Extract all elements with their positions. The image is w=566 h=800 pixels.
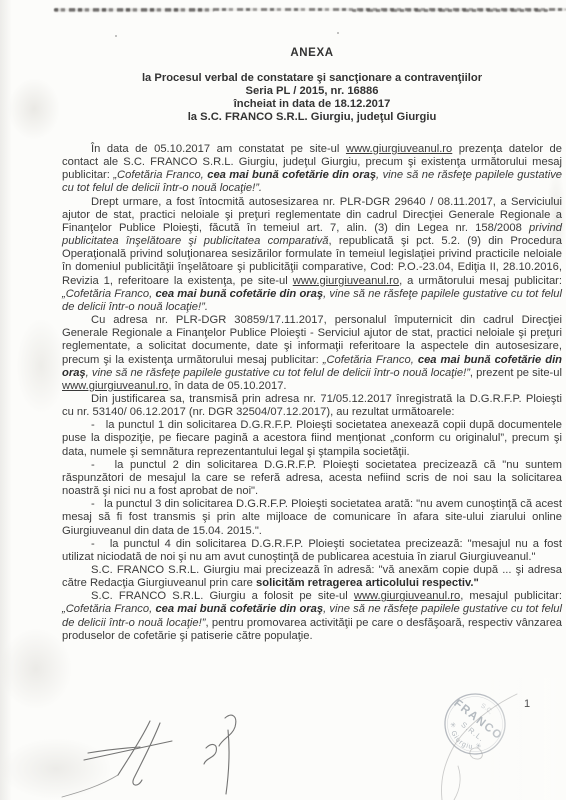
text-segment: „Cofetăria Franco, bbox=[323, 354, 418, 366]
text-segment: , mesajul publicitar: bbox=[460, 590, 562, 602]
text-segment: Drept urmare, a fost întocmită autosesiz… bbox=[62, 196, 562, 234]
text-segment: - la punctul 1 din solicitarea D.G.R.F.P… bbox=[62, 419, 562, 457]
paragraph: Din justificarea sa, transmisă prin adre… bbox=[62, 393, 562, 419]
text-segment: S.C. FRANCO S.R.L. Giurgiu a folosit pe … bbox=[91, 590, 354, 602]
paragraph: În data de 05.10.2017 am constatat pe si… bbox=[62, 143, 562, 196]
document-subtitle: la Procesul verbal de constatare şi sanc… bbox=[62, 72, 562, 124]
text-segment: , vine să ne răsfeţe papilele gustative … bbox=[86, 367, 470, 379]
signature-stroke bbox=[204, 745, 216, 764]
text-segment: cea mai bună cofetărie din oraş bbox=[155, 288, 323, 300]
subtitle-line: încheiat in data de 18.12.2017 bbox=[62, 98, 562, 111]
subtitle-line: Seria PL / 2015, nr. 16886 bbox=[62, 85, 562, 98]
text-segment: - la punctul 4 din solicitarea D.G.R.F.P… bbox=[62, 538, 562, 563]
text-segment: În data de 05.10.2017 am constatat pe si… bbox=[91, 143, 346, 155]
text-segment: cea mai bună cofetărie din oraş bbox=[155, 603, 323, 615]
text-segment: , în data de 05.10.2017. bbox=[168, 380, 286, 392]
pencil-stroke bbox=[454, 766, 460, 800]
signature-stroke bbox=[84, 741, 172, 760]
text-segment: „Cofetăria Franco, bbox=[62, 603, 155, 615]
paragraph: S.C. FRANCO S.R.L. Giurgiu mai precizeaz… bbox=[62, 564, 562, 590]
document-body: În data de 05.10.2017 am constatat pe si… bbox=[62, 143, 562, 643]
document-title: ANEXA bbox=[62, 47, 562, 59]
text-segment: www.giurgiuveanul.ro bbox=[293, 275, 399, 287]
text-segment: www.giurgiuveanul.ro bbox=[346, 143, 452, 155]
text-segment: „Cofetăria Franco, bbox=[113, 169, 207, 181]
list-item-paragraph: - la punctul 1 din solicitarea D.G.R.F.P… bbox=[62, 419, 562, 458]
signature-stroke bbox=[226, 730, 229, 794]
handwritten-signature-icon bbox=[58, 702, 258, 800]
paragraph: Drept urmare, a fost întocmită autosesiz… bbox=[62, 196, 562, 314]
scanned-document-page: ANEXA la Procesul verbal de constatare ş… bbox=[0, 0, 566, 800]
text-segment: cea mai bună cofetărie din oraş bbox=[207, 169, 376, 181]
text-segment: Din justificarea sa, transmisă prin adre… bbox=[62, 393, 562, 418]
paragraph: Cu adresa nr. PLR-DGR 30859/17.11.2017, … bbox=[62, 314, 562, 393]
subtitle-line: la Procesul verbal de constatare şi sanc… bbox=[62, 72, 562, 85]
scan-speck bbox=[337, 32, 339, 34]
signature-stroke bbox=[219, 715, 236, 746]
signature-stroke bbox=[133, 723, 160, 785]
text-segment: , prezent pe site-ul bbox=[470, 367, 562, 379]
text-segment: - la punctul 2 din solicitarea D.G.R.F.P… bbox=[62, 459, 562, 497]
list-item-paragraph: - la punctul 2 din solicitarea D.G.R.F.P… bbox=[62, 459, 562, 498]
list-item-paragraph: - la punctul 4 din solicitarea D.G.R.F.P… bbox=[62, 538, 562, 564]
scan-edge-artifact bbox=[54, 9, 214, 12]
scan-edge-artifact bbox=[352, 9, 548, 12]
scan-speck bbox=[115, 35, 117, 37]
stamp-fade-overlay bbox=[480, 678, 558, 800]
paragraph: S.C. FRANCO S.R.L. Giurgiu a folosit pe … bbox=[62, 590, 562, 643]
signature-stroke bbox=[62, 775, 118, 797]
paper-stain bbox=[8, 78, 60, 140]
round-company-stamp-icon: FRANCO S.R.L. ✳ Giurgiu ✳ S.C. bbox=[428, 678, 558, 800]
text-segment: - la punctul 3 din solicitarea D.G.R.F.P… bbox=[62, 498, 562, 536]
text-segment: solicităm retragerea articolului respect… bbox=[256, 577, 479, 589]
list-item-paragraph: - la punctul 3 din solicitarea D.G.R.F.P… bbox=[62, 498, 562, 537]
subtitle-line: la S.C. FRANCO S.R.L. Giurgiu, judeţul G… bbox=[62, 111, 562, 124]
text-segment: „Cofetăria Franco, bbox=[62, 288, 155, 300]
paper-stain bbox=[16, 318, 66, 414]
text-segment: www.giurgiuveanul.ro bbox=[354, 590, 460, 602]
text-segment: www.giurgiuveanul.ro bbox=[62, 380, 168, 392]
page-number: 1 bbox=[524, 698, 530, 710]
text-segment: , a următorului mesaj publicitar: bbox=[399, 275, 562, 287]
